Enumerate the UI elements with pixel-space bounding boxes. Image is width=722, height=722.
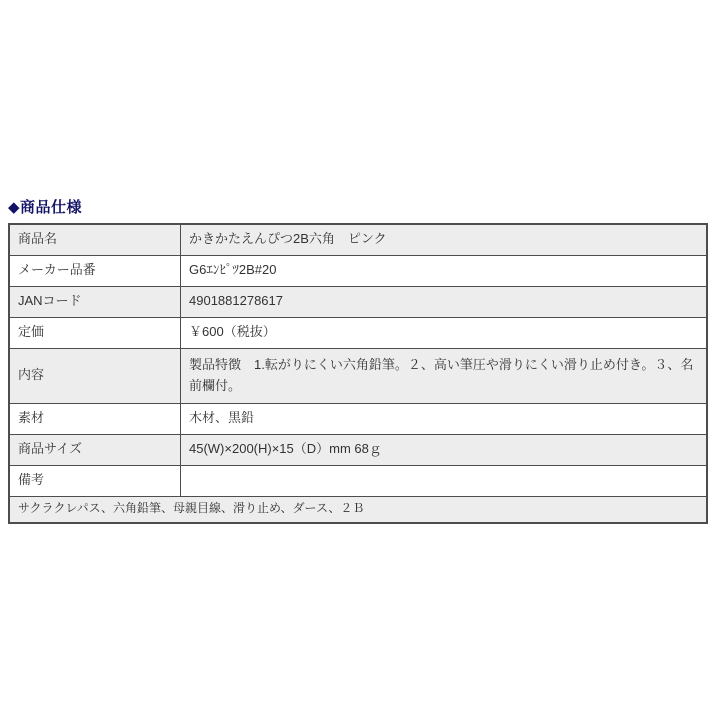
spec-row-notes: 備考 [9, 465, 707, 496]
spec-value: 木材、黒鉛 [181, 403, 708, 434]
spec-value: G6ｴﾝﾋﾟﾂ2B#20 [181, 255, 708, 286]
spec-row-product-size: 商品サイズ 45(W)×200(H)×15（D）mm 68ｇ [9, 434, 707, 465]
spec-row-maker-part-number: メーカー品番 G6ｴﾝﾋﾟﾂ2B#20 [9, 255, 707, 286]
spec-label: メーカー品番 [9, 255, 181, 286]
spec-row-list-price: 定価 ￥600（税抜） [9, 317, 707, 348]
spec-label: 商品名 [9, 224, 181, 255]
spec-label: JANコード [9, 286, 181, 317]
page: { "section": { "title": "◆商品仕様" }, "spec… [0, 0, 722, 722]
spec-label: 商品サイズ [9, 434, 181, 465]
keywords-row: サクラクレパス、六角鉛筆、母親目線、滑り止め、ダース、２Ｂ [9, 496, 707, 523]
spec-row-jan-code: JANコード 4901881278617 [9, 286, 707, 317]
spec-table: 商品名 かきかたえんぴつ2B六角 ピンク メーカー品番 G6ｴﾝﾋﾟﾂ2B#20… [8, 223, 708, 524]
spec-label: 内容 [9, 348, 181, 403]
spec-value: 製品特徴 1.転がりにくい六角鉛筆。２、高い筆圧や滑りにくい滑り止め付き。３、名… [181, 348, 708, 403]
spec-value: かきかたえんぴつ2B六角 ピンク [181, 224, 708, 255]
spec-label: 備考 [9, 465, 181, 496]
keywords-text: サクラクレパス、六角鉛筆、母親目線、滑り止め、ダース、２Ｂ [9, 496, 707, 523]
spec-value: ￥600（税抜） [181, 317, 708, 348]
spec-value: 45(W)×200(H)×15（D）mm 68ｇ [181, 434, 708, 465]
section-title: ◆商品仕様 [8, 198, 709, 218]
spec-value [181, 465, 708, 496]
spec-label: 素材 [9, 403, 181, 434]
spec-row-material: 素材 木材、黒鉛 [9, 403, 707, 434]
spec-label: 定価 [9, 317, 181, 348]
spec-row-contents: 内容 製品特徴 1.転がりにくい六角鉛筆。２、高い筆圧や滑りにくい滑り止め付き。… [9, 348, 707, 403]
product-spec-section: ◆商品仕様 商品名 かきかたえんぴつ2B六角 ピンク メーカー品番 G6ｴﾝﾋﾟ… [8, 198, 709, 524]
spec-row-product-name: 商品名 かきかたえんぴつ2B六角 ピンク [9, 224, 707, 255]
spec-value: 4901881278617 [181, 286, 708, 317]
